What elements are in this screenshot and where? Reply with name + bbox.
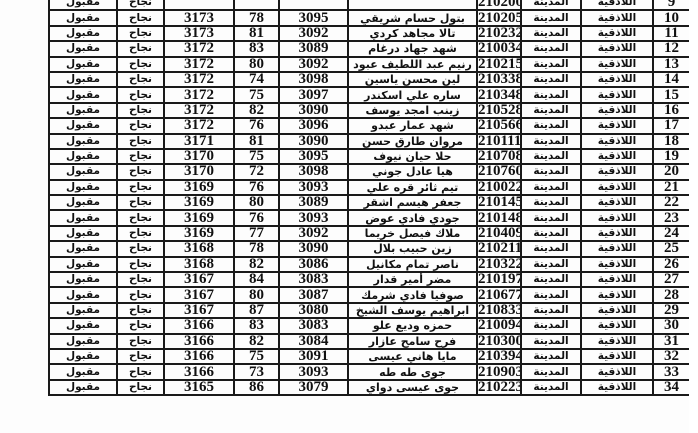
table-row: مقبول نجاح 3172 82 3090 زينب امجد يوسف 2… bbox=[49, 103, 690, 118]
score-cell: 84 bbox=[234, 272, 279, 287]
admission-status-cell: مقبول bbox=[49, 303, 117, 318]
score-cell: 82 bbox=[234, 103, 279, 118]
rank-score-cell: 3093 bbox=[279, 364, 348, 379]
total-cell: 3170 bbox=[164, 149, 234, 164]
governorate-cell: اللاذقية bbox=[581, 380, 653, 395]
table-row: مقبول نجاح 3169 77 3092 ملاك فيصل خريما … bbox=[49, 226, 690, 241]
results-table: مقبول نجاح 210200 المدينة اللاذقية 9 مقب… bbox=[48, 0, 691, 396]
result-cell: نجاح bbox=[117, 210, 164, 225]
city-cell: المدينة bbox=[521, 380, 581, 395]
row-number-cell: 34 bbox=[653, 380, 690, 395]
rank-score-cell: 3083 bbox=[279, 272, 348, 287]
rank-score-cell: 3087 bbox=[279, 287, 348, 302]
governorate-cell: اللاذقية bbox=[581, 364, 653, 379]
result-cell: نجاح bbox=[117, 195, 164, 210]
total-cell: 3172 bbox=[164, 72, 234, 87]
admission-status-cell: مقبول bbox=[49, 318, 117, 333]
exam-id-cell: 210205 bbox=[477, 10, 521, 25]
exam-id-cell: 210200 bbox=[477, 0, 521, 10]
table-row: مقبول نجاح 3169 76 3093 تيم ثائر قره علي… bbox=[49, 180, 690, 195]
governorate-cell: اللاذقية bbox=[581, 164, 653, 179]
total-cell: 3170 bbox=[164, 164, 234, 179]
row-number-cell: 29 bbox=[653, 303, 690, 318]
score-cell: 76 bbox=[234, 118, 279, 133]
admission-status-cell: مقبول bbox=[49, 118, 117, 133]
student-name-cell bbox=[348, 0, 477, 10]
total-cell: 3169 bbox=[164, 226, 234, 241]
student-name-cell: ساره علي اسكندر bbox=[348, 87, 477, 102]
exam-id-cell: 210903 bbox=[477, 364, 521, 379]
total-cell: 3169 bbox=[164, 180, 234, 195]
row-number-cell: 25 bbox=[653, 241, 690, 256]
row-number-cell: 15 bbox=[653, 87, 690, 102]
governorate-cell: اللاذقية bbox=[581, 241, 653, 256]
exam-id-cell: 210197 bbox=[477, 272, 521, 287]
result-cell: نجاح bbox=[117, 26, 164, 41]
governorate-cell: اللاذقية bbox=[581, 72, 653, 87]
student-name-cell: مايا هاني عيسى bbox=[348, 349, 477, 364]
total-cell: 3172 bbox=[164, 118, 234, 133]
row-number-cell: 17 bbox=[653, 118, 690, 133]
result-cell: نجاح bbox=[117, 103, 164, 118]
result-cell: نجاح bbox=[117, 149, 164, 164]
governorate-cell: اللاذقية bbox=[581, 10, 653, 25]
city-cell: المدينة bbox=[521, 364, 581, 379]
governorate-cell: اللاذقية bbox=[581, 195, 653, 210]
row-number-cell: 12 bbox=[653, 41, 690, 56]
table-row: مقبول نجاح 3166 82 3084 فرح سامح عازار 2… bbox=[49, 334, 690, 349]
admission-status-cell: مقبول bbox=[49, 210, 117, 225]
admission-status-cell: مقبول bbox=[49, 241, 117, 256]
row-number-cell: 16 bbox=[653, 103, 690, 118]
admission-status-cell: مقبول bbox=[49, 226, 117, 241]
table-row: مقبول نجاح 3166 73 3093 جوى طه طه 210903… bbox=[49, 364, 690, 379]
admission-status-cell: مقبول bbox=[49, 0, 117, 10]
city-cell: المدينة bbox=[521, 0, 581, 10]
governorate-cell: اللاذقية bbox=[581, 180, 653, 195]
result-cell: نجاح bbox=[117, 334, 164, 349]
document-page: مقبول نجاح 210200 المدينة اللاذقية 9 مقب… bbox=[0, 0, 698, 433]
student-name-cell: زين حبيب بلال bbox=[348, 241, 477, 256]
row-number-cell: 18 bbox=[653, 134, 690, 149]
total-cell: 3172 bbox=[164, 87, 234, 102]
rank-score-cell: 3090 bbox=[279, 103, 348, 118]
score-cell: 75 bbox=[234, 149, 279, 164]
row-number-cell: 21 bbox=[653, 180, 690, 195]
city-cell: المدينة bbox=[521, 87, 581, 102]
governorate-cell: اللاذقية bbox=[581, 318, 653, 333]
table-row: مقبول نجاح 3172 74 3098 لين محسن ياسين 2… bbox=[49, 72, 690, 87]
governorate-cell: اللاذقية bbox=[581, 287, 653, 302]
score-cell: 73 bbox=[234, 364, 279, 379]
city-cell: المدينة bbox=[521, 318, 581, 333]
student-name-cell: بتول حسام شريقي bbox=[348, 10, 477, 25]
admission-status-cell: مقبول bbox=[49, 134, 117, 149]
result-cell: نجاح bbox=[117, 180, 164, 195]
student-name-cell: مروان طارق حسن bbox=[348, 134, 477, 149]
admission-status-cell: مقبول bbox=[49, 380, 117, 395]
score-cell: 74 bbox=[234, 72, 279, 87]
city-cell: المدينة bbox=[521, 164, 581, 179]
governorate-cell: اللاذقية bbox=[581, 349, 653, 364]
student-name-cell: زينب امجد يوسف bbox=[348, 103, 477, 118]
table-row: مقبول نجاح 3172 76 3096 شهد عمار عبدو 21… bbox=[49, 118, 690, 133]
table-row: مقبول نجاح 3167 84 3083 مضر أمير قدار 21… bbox=[49, 272, 690, 287]
student-name-cell: جوى عيسى دواي bbox=[348, 380, 477, 395]
score-cell: 83 bbox=[234, 318, 279, 333]
table-row: مقبول نجاح 3170 75 3095 حلا حيان نيوف 21… bbox=[49, 149, 690, 164]
admission-status-cell: مقبول bbox=[49, 287, 117, 302]
rank-score-cell: 3095 bbox=[279, 149, 348, 164]
table-row: مقبول نجاح 3172 75 3097 ساره علي اسكندر … bbox=[49, 87, 690, 102]
city-cell: المدينة bbox=[521, 118, 581, 133]
admission-status-cell: مقبول bbox=[49, 41, 117, 56]
score-cell: 76 bbox=[234, 210, 279, 225]
exam-id-cell: 210760 bbox=[477, 164, 521, 179]
total-cell: 3169 bbox=[164, 195, 234, 210]
student-name-cell: لين محسن ياسين bbox=[348, 72, 477, 87]
student-name-cell: شهد جهاد درغام bbox=[348, 41, 477, 56]
row-number-cell: 14 bbox=[653, 72, 690, 87]
total-cell: 3168 bbox=[164, 241, 234, 256]
row-number-cell: 22 bbox=[653, 195, 690, 210]
exam-id-cell: 210034 bbox=[477, 41, 521, 56]
city-cell: المدينة bbox=[521, 210, 581, 225]
result-cell: نجاح bbox=[117, 87, 164, 102]
admission-status-cell: مقبول bbox=[49, 195, 117, 210]
governorate-cell: اللاذقية bbox=[581, 103, 653, 118]
admission-status-cell: مقبول bbox=[49, 164, 117, 179]
admission-status-cell: مقبول bbox=[49, 149, 117, 164]
score-cell: 82 bbox=[234, 257, 279, 272]
table-row: مقبول نجاح 3168 78 3090 زين حبيب بلال 21… bbox=[49, 241, 690, 256]
total-cell: 3172 bbox=[164, 103, 234, 118]
rank-score-cell bbox=[279, 0, 348, 10]
rank-score-cell: 3089 bbox=[279, 195, 348, 210]
rank-score-cell: 3092 bbox=[279, 26, 348, 41]
rank-score-cell: 3089 bbox=[279, 41, 348, 56]
governorate-cell: اللاذقية bbox=[581, 134, 653, 149]
city-cell: المدينة bbox=[521, 149, 581, 164]
rank-score-cell: 3086 bbox=[279, 257, 348, 272]
city-cell: المدينة bbox=[521, 334, 581, 349]
rank-score-cell: 3097 bbox=[279, 87, 348, 102]
city-cell: المدينة bbox=[521, 103, 581, 118]
city-cell: المدينة bbox=[521, 272, 581, 287]
exam-id-cell: 210232 bbox=[477, 26, 521, 41]
rank-score-cell: 3093 bbox=[279, 180, 348, 195]
student-name-cell: جوى طه طه bbox=[348, 364, 477, 379]
city-cell: المدينة bbox=[521, 134, 581, 149]
table-row: مقبول نجاح 3173 78 3095 بتول حسام شريقي … bbox=[49, 10, 690, 25]
governorate-cell: اللاذقية bbox=[581, 118, 653, 133]
total-cell: 3166 bbox=[164, 349, 234, 364]
city-cell: المدينة bbox=[521, 349, 581, 364]
student-name-cell: شهد عمار عبدو bbox=[348, 118, 477, 133]
total-cell: 3172 bbox=[164, 41, 234, 56]
total-cell: 3167 bbox=[164, 272, 234, 287]
table-row: مقبول نجاح 3166 75 3091 مايا هاني عيسى 2… bbox=[49, 349, 690, 364]
result-cell: نجاح bbox=[117, 10, 164, 25]
total-cell: 3172 bbox=[164, 57, 234, 72]
result-cell: نجاح bbox=[117, 41, 164, 56]
table-row: مقبول نجاح 3172 83 3089 شهد جهاد درغام 2… bbox=[49, 41, 690, 56]
rank-score-cell: 3079 bbox=[279, 380, 348, 395]
result-cell: نجاح bbox=[117, 241, 164, 256]
rank-score-cell: 3095 bbox=[279, 10, 348, 25]
score-cell: 75 bbox=[234, 87, 279, 102]
score-cell: 75 bbox=[234, 349, 279, 364]
score-cell: 80 bbox=[234, 195, 279, 210]
governorate-cell: اللاذقية bbox=[581, 210, 653, 225]
total-cell bbox=[164, 0, 234, 10]
row-number-cell: 26 bbox=[653, 257, 690, 272]
total-cell: 3173 bbox=[164, 10, 234, 25]
rank-score-cell: 3084 bbox=[279, 334, 348, 349]
admission-status-cell: مقبول bbox=[49, 349, 117, 364]
table-row: مقبول نجاح 3173 81 3092 تالا مجاهد كردي … bbox=[49, 26, 690, 41]
exam-id-cell: 210111 bbox=[477, 134, 521, 149]
row-number-cell: 33 bbox=[653, 364, 690, 379]
student-name-cell: هيا عادل جوني bbox=[348, 164, 477, 179]
student-name-cell: صوفيا فادي شرمك bbox=[348, 287, 477, 302]
exam-id-cell: 210145 bbox=[477, 195, 521, 210]
score-cell: 81 bbox=[234, 134, 279, 149]
student-name-cell: حمزه وديع علو bbox=[348, 318, 477, 333]
result-cell: نجاح bbox=[117, 272, 164, 287]
governorate-cell: اللاذقية bbox=[581, 334, 653, 349]
city-cell: المدينة bbox=[521, 180, 581, 195]
student-name-cell: ملاك فيصل خريما bbox=[348, 226, 477, 241]
score-cell: 81 bbox=[234, 26, 279, 41]
rank-score-cell: 3093 bbox=[279, 210, 348, 225]
score-cell: 80 bbox=[234, 57, 279, 72]
exam-id-cell: 210833 bbox=[477, 303, 521, 318]
governorate-cell: اللاذقية bbox=[581, 0, 653, 10]
total-cell: 3168 bbox=[164, 257, 234, 272]
governorate-cell: اللاذقية bbox=[581, 41, 653, 56]
row-number-cell: 28 bbox=[653, 287, 690, 302]
governorate-cell: اللاذقية bbox=[581, 272, 653, 287]
city-cell: المدينة bbox=[521, 195, 581, 210]
exam-id-cell: 210566 bbox=[477, 118, 521, 133]
student-name-cell: تيم ثائر قره علي bbox=[348, 180, 477, 195]
city-cell: المدينة bbox=[521, 26, 581, 41]
table-row: مقبول نجاح 3170 72 3098 هيا عادل جوني 21… bbox=[49, 164, 690, 179]
row-number-cell: 23 bbox=[653, 210, 690, 225]
table-row: مقبول نجاح 3167 87 3080 ابراهيم يوسف الش… bbox=[49, 303, 690, 318]
rank-score-cell: 3080 bbox=[279, 303, 348, 318]
governorate-cell: اللاذقية bbox=[581, 26, 653, 41]
row-number-cell: 20 bbox=[653, 164, 690, 179]
score-cell: 82 bbox=[234, 334, 279, 349]
city-cell: المدينة bbox=[521, 303, 581, 318]
admission-status-cell: مقبول bbox=[49, 180, 117, 195]
city-cell: المدينة bbox=[521, 10, 581, 25]
table-row: مقبول نجاح 3168 82 3086 ناصر تمام مكانيل… bbox=[49, 257, 690, 272]
student-name-cell: فرح سامح عازار bbox=[348, 334, 477, 349]
result-cell: نجاح bbox=[117, 164, 164, 179]
student-name-cell: رنيم عبد اللطيف عبود bbox=[348, 57, 477, 72]
row-number-cell: 10 bbox=[653, 10, 690, 25]
table-row: مقبول نجاح 3172 80 3092 رنيم عبد اللطيف … bbox=[49, 57, 690, 72]
city-cell: المدينة bbox=[521, 257, 581, 272]
admission-status-cell: مقبول bbox=[49, 87, 117, 102]
score-cell: 78 bbox=[234, 241, 279, 256]
table-row: مقبول نجاح 210200 المدينة اللاذقية 9 bbox=[49, 0, 690, 10]
rank-score-cell: 3096 bbox=[279, 118, 348, 133]
result-cell: نجاح bbox=[117, 349, 164, 364]
result-cell: نجاح bbox=[117, 57, 164, 72]
result-cell: نجاح bbox=[117, 364, 164, 379]
row-number-cell: 31 bbox=[653, 334, 690, 349]
total-cell: 3167 bbox=[164, 303, 234, 318]
exam-id-cell: 210223 bbox=[477, 380, 521, 395]
score-cell: 76 bbox=[234, 180, 279, 195]
table-row: مقبول نجاح 3166 83 3083 حمزه وديع علو 21… bbox=[49, 318, 690, 333]
governorate-cell: اللاذقية bbox=[581, 149, 653, 164]
student-name-cell: مضر أمير قدار bbox=[348, 272, 477, 287]
score-cell bbox=[234, 0, 279, 10]
city-cell: المدينة bbox=[521, 57, 581, 72]
governorate-cell: اللاذقية bbox=[581, 87, 653, 102]
total-cell: 3173 bbox=[164, 26, 234, 41]
admission-status-cell: مقبول bbox=[49, 72, 117, 87]
rank-score-cell: 3091 bbox=[279, 349, 348, 364]
student-name-cell: حلا حيان نيوف bbox=[348, 149, 477, 164]
governorate-cell: اللاذقية bbox=[581, 226, 653, 241]
score-cell: 86 bbox=[234, 380, 279, 395]
exam-id-cell: 210677 bbox=[477, 287, 521, 302]
city-cell: المدينة bbox=[521, 287, 581, 302]
governorate-cell: اللاذقية bbox=[581, 303, 653, 318]
exam-id-cell: 210708 bbox=[477, 149, 521, 164]
exam-id-cell: 210148 bbox=[477, 210, 521, 225]
exam-id-cell: 210409 bbox=[477, 226, 521, 241]
exam-id-cell: 210300 bbox=[477, 334, 521, 349]
student-name-cell: تالا مجاهد كردي bbox=[348, 26, 477, 41]
total-cell: 3171 bbox=[164, 134, 234, 149]
rank-score-cell: 3092 bbox=[279, 57, 348, 72]
rank-score-cell: 3083 bbox=[279, 318, 348, 333]
table-row: مقبول نجاح 3167 80 3087 صوفيا فادي شرمك … bbox=[49, 287, 690, 302]
result-cell: نجاح bbox=[117, 72, 164, 87]
score-cell: 87 bbox=[234, 303, 279, 318]
admission-status-cell: مقبول bbox=[49, 57, 117, 72]
result-cell: نجاح bbox=[117, 118, 164, 133]
score-cell: 80 bbox=[234, 287, 279, 302]
row-number-cell: 13 bbox=[653, 57, 690, 72]
result-cell: نجاح bbox=[117, 303, 164, 318]
result-cell: نجاح bbox=[117, 226, 164, 241]
city-cell: المدينة bbox=[521, 72, 581, 87]
total-cell: 3165 bbox=[164, 380, 234, 395]
result-cell: نجاح bbox=[117, 257, 164, 272]
exam-id-cell: 210215 bbox=[477, 57, 521, 72]
exam-id-cell: 210211 bbox=[477, 241, 521, 256]
score-cell: 78 bbox=[234, 10, 279, 25]
result-cell: نجاح bbox=[117, 134, 164, 149]
results-table-body: مقبول نجاح 210200 المدينة اللاذقية 9 مقب… bbox=[49, 0, 690, 395]
student-name-cell: ابراهيم يوسف الشيخ bbox=[348, 303, 477, 318]
city-cell: المدينة bbox=[521, 226, 581, 241]
row-number-cell: 32 bbox=[653, 349, 690, 364]
governorate-cell: اللاذقية bbox=[581, 57, 653, 72]
row-number-cell: 11 bbox=[653, 26, 690, 41]
admission-status-cell: مقبول bbox=[49, 257, 117, 272]
table-row: مقبول نجاح 3171 81 3090 مروان طارق حسن 2… bbox=[49, 134, 690, 149]
page-margin bbox=[689, 0, 698, 433]
row-number-cell: 27 bbox=[653, 272, 690, 287]
rank-score-cell: 3098 bbox=[279, 164, 348, 179]
student-name-cell: جودي فادي عوض bbox=[348, 210, 477, 225]
exam-id-cell: 210338 bbox=[477, 72, 521, 87]
city-cell: المدينة bbox=[521, 41, 581, 56]
total-cell: 3169 bbox=[164, 210, 234, 225]
exam-id-cell: 210528 bbox=[477, 103, 521, 118]
admission-status-cell: مقبول bbox=[49, 364, 117, 379]
row-number-cell: 30 bbox=[653, 318, 690, 333]
admission-status-cell: مقبول bbox=[49, 272, 117, 287]
rank-score-cell: 3090 bbox=[279, 134, 348, 149]
student-name-cell: ناصر تمام مكانيل bbox=[348, 257, 477, 272]
table-row: مقبول نجاح 3169 80 3089 جعفر هيسم اشقر 2… bbox=[49, 195, 690, 210]
total-cell: 3166 bbox=[164, 334, 234, 349]
admission-status-cell: مقبول bbox=[49, 334, 117, 349]
exam-id-cell: 210022 bbox=[477, 180, 521, 195]
rank-score-cell: 3090 bbox=[279, 241, 348, 256]
row-number-cell: 9 bbox=[653, 0, 690, 10]
total-cell: 3167 bbox=[164, 287, 234, 302]
governorate-cell: اللاذقية bbox=[581, 257, 653, 272]
score-cell: 83 bbox=[234, 41, 279, 56]
admission-status-cell: مقبول bbox=[49, 10, 117, 25]
row-number-cell: 19 bbox=[653, 149, 690, 164]
row-number-cell: 24 bbox=[653, 226, 690, 241]
student-name-cell: جعفر هيسم اشقر bbox=[348, 195, 477, 210]
exam-id-cell: 210094 bbox=[477, 318, 521, 333]
rank-score-cell: 3092 bbox=[279, 226, 348, 241]
admission-status-cell: مقبول bbox=[49, 103, 117, 118]
exam-id-cell: 210322 bbox=[477, 257, 521, 272]
score-cell: 72 bbox=[234, 164, 279, 179]
score-cell: 77 bbox=[234, 226, 279, 241]
result-cell: نجاح bbox=[117, 380, 164, 395]
total-cell: 3166 bbox=[164, 318, 234, 333]
admission-status-cell: مقبول bbox=[49, 26, 117, 41]
table-row: مقبول نجاح 3169 76 3093 جودي فادي عوض 21… bbox=[49, 210, 690, 225]
exam-id-cell: 210394 bbox=[477, 349, 521, 364]
result-cell: نجاح bbox=[117, 287, 164, 302]
table-row: مقبول نجاح 3165 86 3079 جوى عيسى دواي 21… bbox=[49, 380, 690, 395]
exam-id-cell: 210348 bbox=[477, 87, 521, 102]
city-cell: المدينة bbox=[521, 241, 581, 256]
result-cell: نجاح bbox=[117, 318, 164, 333]
rank-score-cell: 3098 bbox=[279, 72, 348, 87]
result-cell: نجاح bbox=[117, 0, 164, 10]
total-cell: 3166 bbox=[164, 364, 234, 379]
